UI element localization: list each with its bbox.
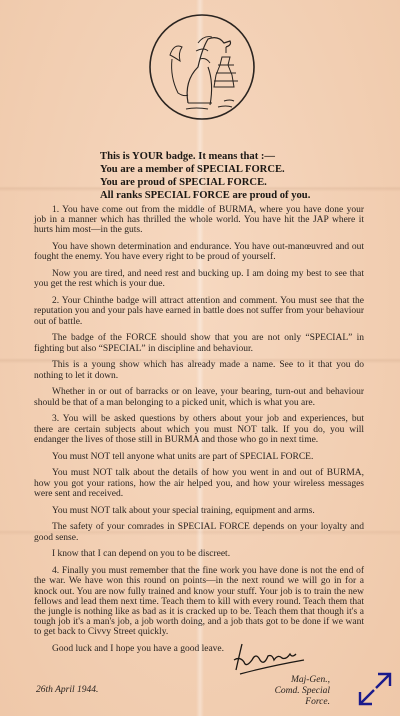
paragraph: I know that I can depend on you to be di… bbox=[34, 549, 364, 559]
paragraph: Good luck and I hope you have a good lea… bbox=[34, 644, 364, 654]
expand-arrows-icon[interactable] bbox=[354, 668, 396, 710]
paragraph: Now you are tired, and need rest and buc… bbox=[34, 269, 364, 289]
paragraph: You must NOT talk about the details of h… bbox=[34, 468, 364, 499]
chinthe-emblem-icon bbox=[148, 13, 256, 121]
badge-line: You are proud of SPECIAL FORCE. bbox=[100, 176, 390, 189]
paragraph: 3. You will be asked questions by others… bbox=[34, 414, 364, 445]
signoff: Maj-Gen., Comd. Special Force. bbox=[250, 675, 330, 708]
signature-mark bbox=[228, 640, 308, 680]
paragraph: You must NOT talk about your special tra… bbox=[34, 506, 364, 516]
paragraph: The badge of the FORCE should show that … bbox=[34, 333, 364, 353]
letter-date: 26th April 1944. bbox=[36, 685, 98, 695]
badge-line: This is YOUR badge. It means that :— bbox=[100, 150, 390, 163]
badge-statement: This is YOUR badge. It means that :— You… bbox=[100, 150, 390, 202]
paragraph: You must NOT tell anyone what units are … bbox=[34, 452, 364, 462]
paragraph: This is a young show which has already m… bbox=[34, 360, 364, 380]
paragraph: 2. Your Chinthe badge will attract atten… bbox=[34, 296, 364, 327]
paragraph: The safety of your comrades in SPECIAL F… bbox=[34, 522, 364, 542]
paragraph: 1. You have come out from the middle of … bbox=[34, 205, 364, 236]
paragraph: Whether in or out of barracks or on leav… bbox=[34, 387, 364, 407]
badge-line: All ranks SPECIAL FORCE are proud of you… bbox=[100, 189, 390, 202]
letter-body: 1. You have come out from the middle of … bbox=[34, 205, 364, 661]
signoff-rank: Maj-Gen., bbox=[250, 675, 330, 686]
paragraph: You have shown determination and enduran… bbox=[34, 242, 364, 262]
paragraph: 4. Finally you must remember that the fi… bbox=[34, 566, 364, 637]
badge-line: You are a member of SPECIAL FORCE. bbox=[100, 163, 390, 176]
signoff-title: Comd. Special Force. bbox=[250, 686, 330, 708]
